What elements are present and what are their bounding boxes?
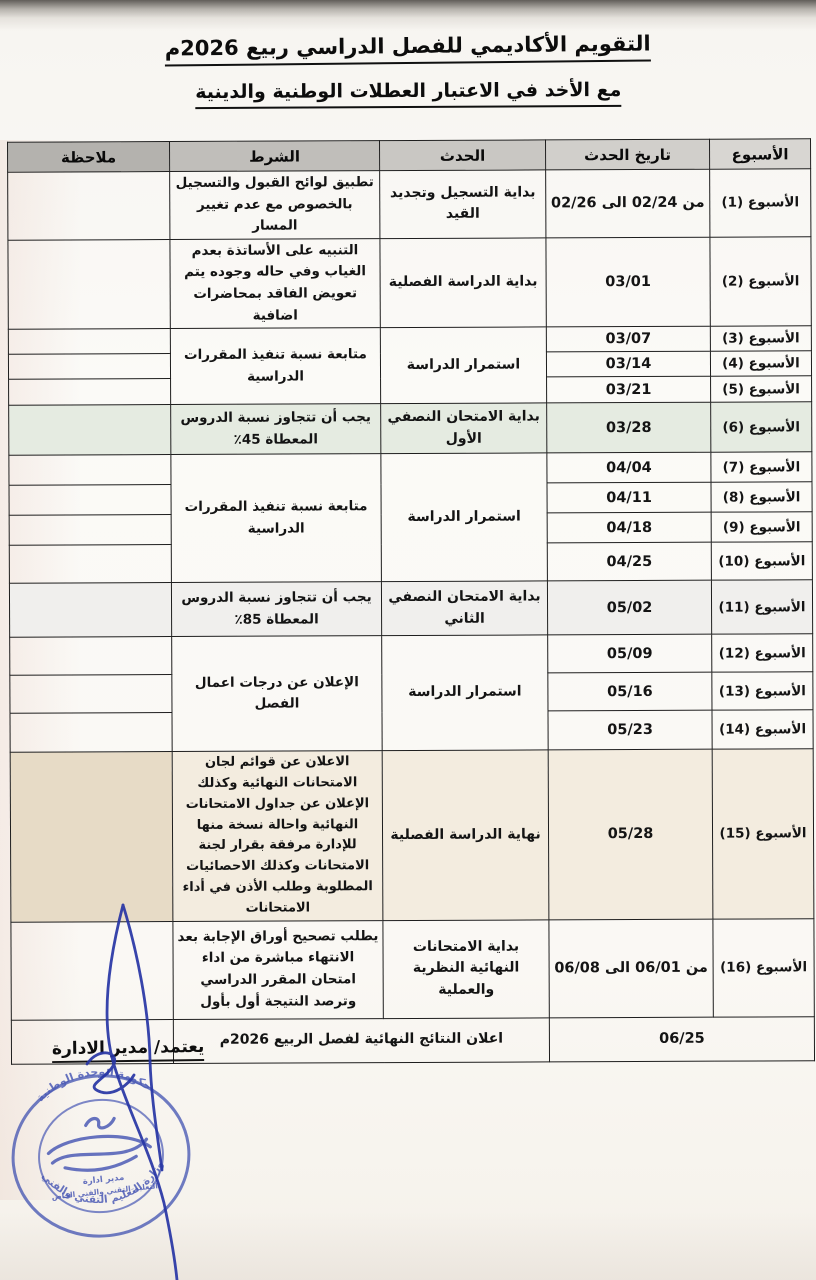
event-cell: بداية الامتحان النصفي الثاني [381, 581, 547, 636]
note-cell [10, 637, 172, 676]
table-row-week-2: الأسبوع (2) 03/01 بداية الدراسة الفصلية … [8, 237, 811, 330]
page-subtitle: مع الأخد في الاعتبار العطلات الوطنية وال… [195, 79, 621, 109]
week-cell: الأسبوع (3) [710, 326, 811, 351]
event-cell-merged: استمرار الدراسة [382, 635, 549, 751]
week-cell: الأسبوع (16) [713, 918, 814, 1016]
condition-cell-merged: متابعة نسبة تنفيذ المقررات الدراسية [170, 328, 380, 405]
scan-smudge-top [0, 0, 816, 30]
week-cell: الأسبوع (14) [712, 710, 813, 749]
condition-cell-merged: متابعة نسبة تنفيذ المقررات الدراسية [171, 454, 382, 583]
week-cell: الأسبوع (12) [712, 634, 813, 672]
table-row-week-7: الأسبوع (7) 04/04 استمرار الدراسة متابعة… [9, 452, 812, 486]
event-cell-merged: استمرار الدراسة [380, 327, 546, 404]
header-note: ملاحظة [8, 142, 170, 173]
date-cell: من 02/24 الى 02/26 [546, 169, 710, 237]
table-row-week-1: الأسبوع (1) من 02/24 الى 02/26 بداية الت… [8, 169, 811, 240]
header-condition: الشرط [170, 141, 380, 172]
note-cell [9, 545, 171, 584]
week-cell: الأسبوع (10) [711, 542, 812, 580]
date-cell: 05/16 [548, 672, 712, 711]
note-cell [9, 455, 171, 486]
date-cell: 03/28 [547, 402, 711, 453]
note-cell [9, 379, 171, 406]
date-cell: من 06/01 الى 06/08 [549, 919, 713, 1018]
week-cell: الأسبوع (2) [710, 237, 811, 327]
signature-flourish [87, 1053, 134, 1093]
event-cell: بداية الدراسة الفصلية [380, 238, 546, 328]
date-cell: 05/28 [548, 749, 713, 919]
date-cell: 05/09 [548, 634, 712, 673]
event-cell: بداية الامتحان النصفي الأول [381, 403, 547, 454]
date-cell: 05/23 [548, 710, 712, 750]
table-row-week-6: الأسبوع (6) 03/28 بداية الامتحان النصفي … [9, 402, 812, 456]
condition-cell: تطبيق لوائح القبول والتسجيل بالخصوص مع ع… [170, 171, 380, 240]
note-cell [9, 485, 171, 516]
week-cell: الأسبوع (9) [711, 512, 812, 542]
note-cell [9, 405, 171, 456]
note-cell [10, 675, 172, 714]
week-cell: الأسبوع (15) [712, 749, 814, 919]
date-cell: 03/21 [547, 376, 711, 403]
date-cell: 04/25 [547, 542, 711, 581]
note-cell [10, 713, 172, 753]
date-cell: 04/11 [547, 482, 711, 513]
note-cell [9, 515, 171, 546]
event-cell: نهاية الدراسة الفصلية [382, 750, 549, 920]
date-cell: 03/14 [546, 351, 710, 377]
condition-cell-merged: الإعلان عن درجات اعمال الفصل [172, 636, 382, 752]
table-row-week-3: الأسبوع (3) 03/07 استمرار الدراسة متابعة… [8, 326, 811, 355]
week-cell: الأسبوع (13) [712, 672, 813, 710]
week-cell: الأسبوع (6) [711, 402, 812, 452]
date-cell: 04/18 [547, 512, 711, 543]
date-cell: 03/07 [546, 326, 710, 352]
date-cell: 04/04 [547, 452, 711, 483]
event-cell-merged: استمرار الدراسة [381, 453, 548, 582]
note-cell [8, 239, 170, 329]
scanned-document-page: التقويم الأكاديمي للفصل الدراسي ربيع 202… [0, 0, 816, 1280]
week-cell: الأسبوع (1) [710, 169, 811, 237]
note-cell [8, 354, 170, 380]
week-cell: الأسبوع (8) [711, 482, 812, 512]
note-cell [8, 172, 170, 240]
event-cell: بداية الامتحانات النهائية النظرية والعمل… [383, 919, 549, 1018]
document-header: التقويم الأكاديمي للفصل الدراسي ربيع 202… [0, 30, 816, 113]
header-event-date: تاريخ الحدث [546, 139, 710, 170]
event-cell: بداية التسجيل وتجديد القيد [380, 170, 546, 239]
final-results-date-cell: 06/25 [549, 1016, 814, 1061]
table-header-row: الأسبوع تاريخ الحدث الحدث الشرط ملاحظة [8, 139, 811, 173]
table-row-week-11: الأسبوع (11) 05/02 بداية الامتحان النصفي… [9, 580, 812, 638]
note-cell [9, 583, 171, 638]
week-cell: الأسبوع (5) [711, 376, 812, 402]
week-cell: الأسبوع (7) [711, 452, 812, 482]
handwritten-signature [30, 888, 230, 1280]
condition-cell: يجب أن تتجاوز نسبة الدروس المعطاة 45٪ [171, 404, 381, 455]
condition-cell: يجب أن تتجاوز نسبة الدروس المعطاة 85٪ [171, 582, 381, 637]
signature-stroke-right [123, 905, 162, 1170]
page-title: التقويم الأكاديمي للفصل الدراسي ربيع 202… [165, 31, 651, 66]
date-cell: 05/02 [547, 580, 711, 635]
date-cell: 03/01 [546, 237, 710, 327]
condition-cell: التنبيه على الأساتذة بعدم الغياب وفي حال… [170, 238, 380, 328]
header-event: الحدث [380, 140, 546, 171]
note-cell [8, 329, 170, 355]
week-cell: الأسبوع (11) [711, 580, 812, 634]
header-week: الأسبوع [709, 139, 810, 169]
table-row-week-12: الأسبوع (12) 05/09 استمرار الدراسة الإعل… [10, 634, 813, 676]
signature-stroke-left [107, 905, 177, 1280]
week-cell: الأسبوع (4) [710, 351, 811, 376]
